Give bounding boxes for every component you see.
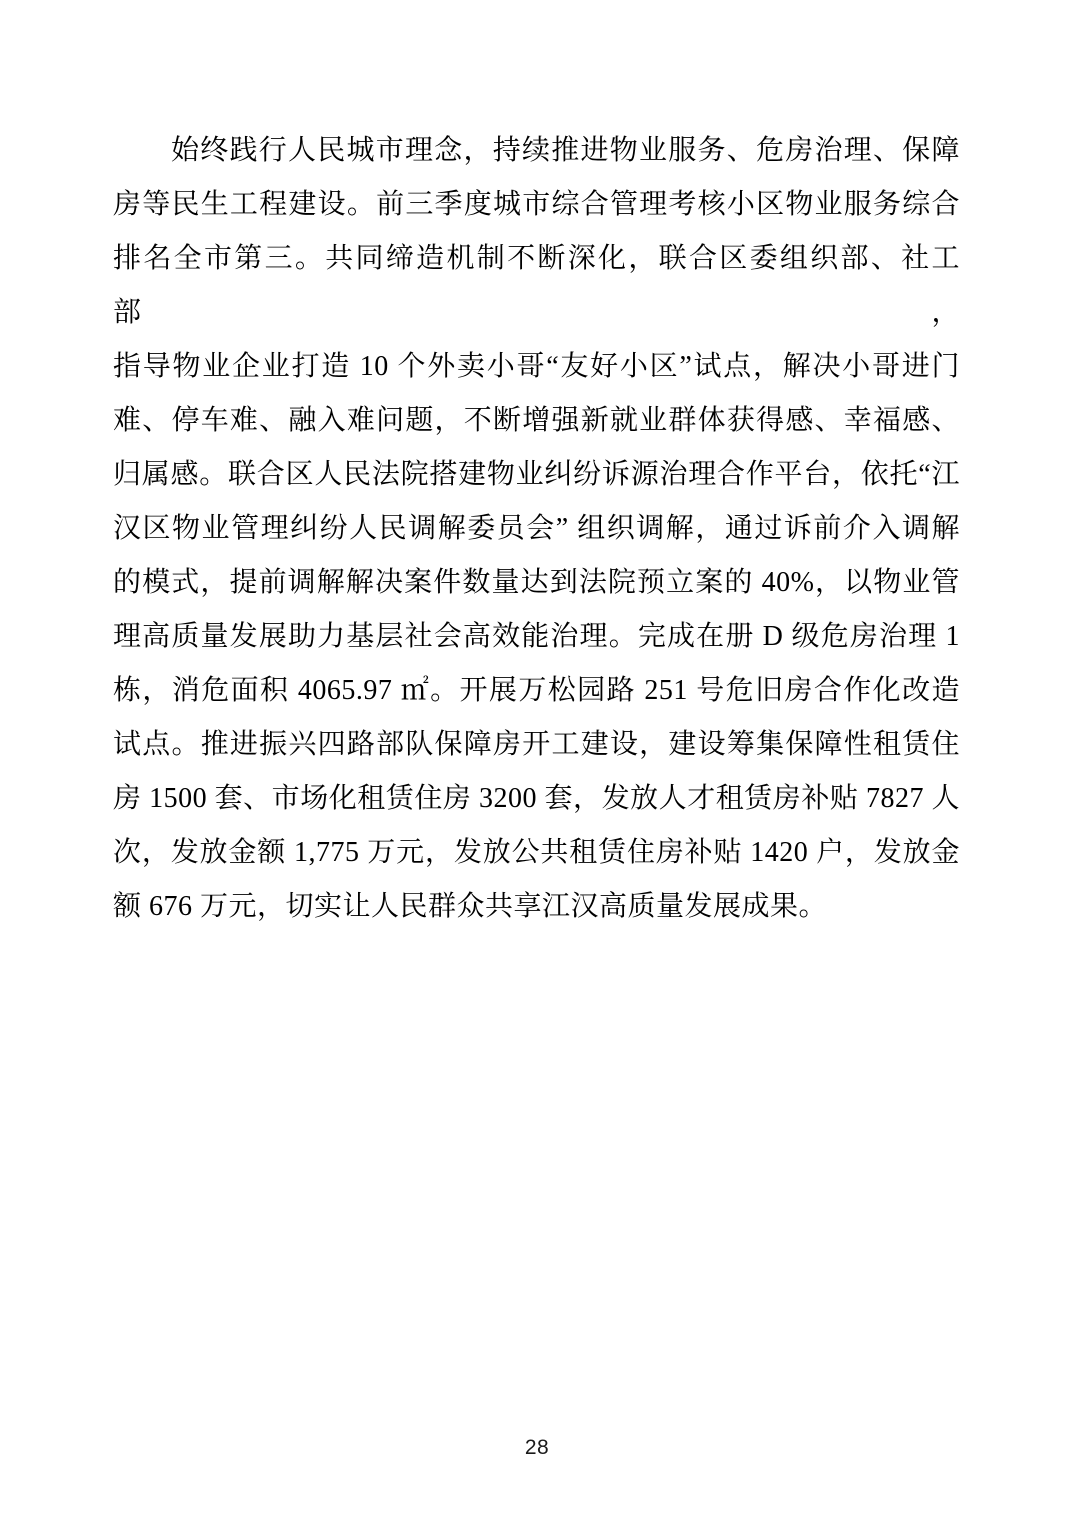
body-text-paragraph: 始终践行人民城市理念，持续推进物业服务、危房治理、保障 房等民生工程建设。前三季… (113, 124, 960, 934)
text-line: 的模式，提前调解解决案件数量达到法院预立案的 40%，以物业管 (113, 556, 960, 610)
text-line: 试点。推进振兴四路部队保障房开工建设，建设筹集保障性租赁住 (113, 718, 960, 772)
text-line: 理高质量发展助力基层社会高效能治理。完成在册 D 级危房治理 1 (113, 610, 960, 664)
document-page: 始终践行人民城市理念，持续推进物业服务、危房治理、保障 房等民生工程建设。前三季… (0, 0, 1074, 1520)
text-line: 归属感。联合区人民法院搭建物业纠纷诉源治理合作平台，依托“江 (113, 448, 960, 502)
text-line: 汉区物业管理纠纷人民调解委员会” 组织调解，通过诉前介入调解 (113, 502, 960, 556)
text-line: 次，发放金额 1,775 万元，发放公共租赁住房补贴 1420 户，发放金 (113, 826, 960, 880)
page-footer: 28 (0, 1436, 1074, 1460)
text-line: 排名全市第三。共同缔造机制不断深化，联合区委组织部、社工部， (113, 232, 960, 340)
text-line: 指导物业企业打造 10 个外卖小哥“友好小区”试点，解决小哥进门 (113, 340, 960, 394)
text-line: 难、停车难、融入难问题，不断增强新就业群体获得感、幸福感、 (113, 394, 960, 448)
text-line: 房 1500 套、市场化租赁住房 3200 套，发放人才租赁房补贴 7827 人 (113, 772, 960, 826)
page-number: 28 (525, 1436, 549, 1459)
text-line: 房等民生工程建设。前三季度城市综合管理考核小区物业服务综合 (113, 178, 960, 232)
text-line: 额 676 万元，切实让人民群众共享江汉高质量发展成果。 (113, 880, 960, 934)
text-line: 始终践行人民城市理念，持续推进物业服务、危房治理、保障 (113, 124, 960, 178)
text-line: 栋，消危面积 4065.97 ㎡。开展万松园路 251 号危旧房合作化改造 (113, 664, 960, 718)
